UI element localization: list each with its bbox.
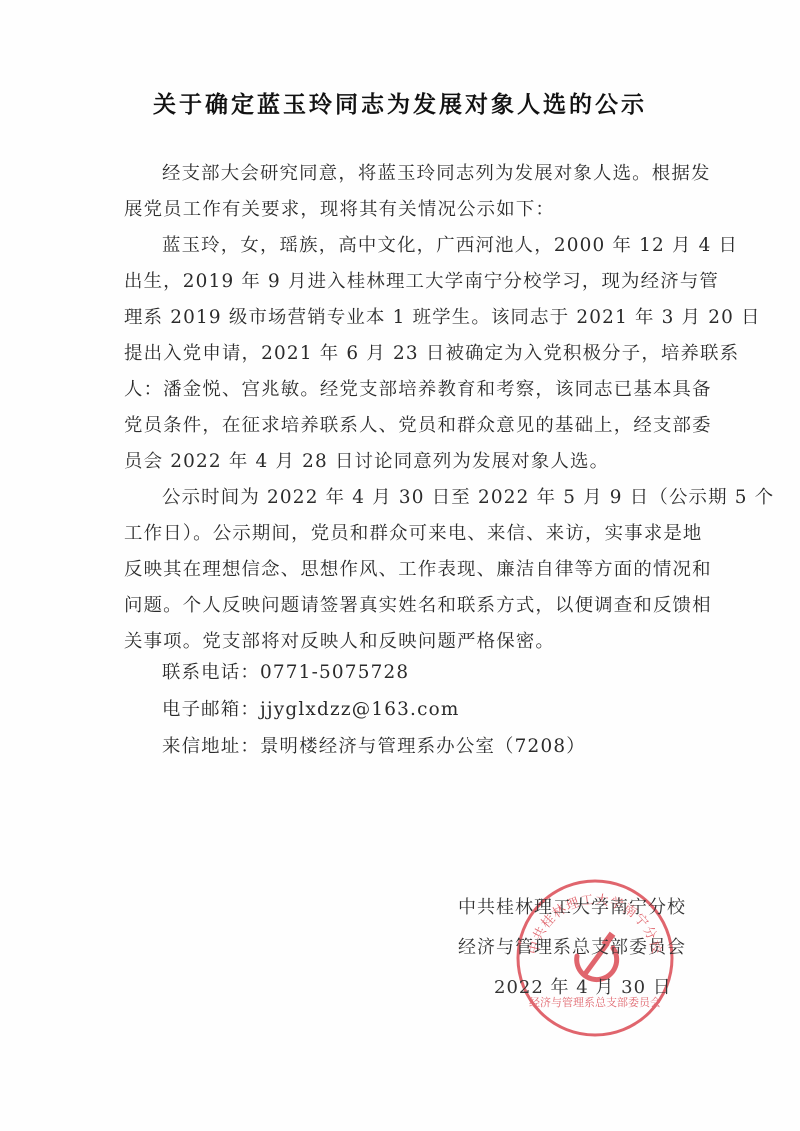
paragraph-3-line-2: 工作日）。公示期间，党员和群众可来电、来信、来访，实事求是地 bbox=[124, 516, 696, 552]
signature-date: 2022 年 4 月 30 日 bbox=[458, 968, 718, 1008]
phone-label: 联系电话： bbox=[162, 662, 260, 683]
document-page: 关于确定蓝玉玲同志为发展对象人选的公示 经支部大会研究同意，将蓝玉玲同志列为发展… bbox=[0, 0, 800, 1131]
paragraph-3-line-4: 问题。个人反映问题请签署真实姓名和联系方式，以便调查和反馈相 bbox=[124, 588, 696, 624]
contact-phone-row: 联系电话：0771-5075728 bbox=[162, 654, 586, 691]
signature-org-line-1: 中共桂林理工大学南宁分校 bbox=[458, 888, 718, 928]
paragraph-1-line-1: 经支部大会研究同意，将蓝玉玲同志列为发展对象人选。根据发 bbox=[124, 156, 696, 192]
email-address: jjyglxdzz@163.com bbox=[260, 699, 460, 720]
paragraph-2-line-5: 人：潘金悦、宫兆敏。经党支部培养教育和考察，该同志已基本具备 bbox=[124, 372, 696, 408]
paragraph-2-line-1: 蓝玉玲，女，瑶族，高中文化，广西河池人，2000 年 12 月 4 日 bbox=[124, 228, 696, 264]
paragraph-1-line-2: 展党员工作有关要求，现将其有关情况公示如下： bbox=[124, 192, 696, 228]
contact-address-row: 来信地址：景明楼经济与管理系办公室（7208） bbox=[162, 728, 586, 765]
paragraph-3-line-3: 反映其在理想信念、思想作风、工作表现、廉洁自律等方面的情况和 bbox=[124, 552, 696, 588]
signature-block: 中共桂林理工大学南宁分校 经济与管理系总支部委员会 2022 年 4 月 30 … bbox=[458, 888, 718, 1008]
signature-org-line-2: 经济与管理系总支部委员会 bbox=[458, 928, 718, 968]
phone-number: 0771-5075728 bbox=[260, 662, 409, 683]
paragraph-2-line-2: 出生，2019 年 9 月进入桂林理工大学南宁分校学习，现为经济与管 bbox=[124, 264, 696, 300]
email-label: 电子邮箱： bbox=[162, 699, 260, 720]
paragraph-3-line-1: 公示时间为 2022 年 4 月 30 日至 2022 年 5 月 9 日（公示… bbox=[124, 480, 696, 516]
contact-email-row: 电子邮箱：jjyglxdzz@163.com bbox=[162, 691, 586, 728]
document-title: 关于确定蓝玉玲同志为发展对象人选的公示 bbox=[0, 86, 800, 119]
paragraph-2-line-4: 提出入党申请，2021 年 6 月 23 日被确定为入党积极分子，培养联系 bbox=[124, 336, 696, 372]
paragraph-2-line-6: 党员条件，在征求培养联系人、党员和群众意见的基础上，经支部委 bbox=[124, 408, 696, 444]
paragraph-2-line-3: 理系 2019 级市场营销专业本 1 班学生。该同志于 2021 年 3 月 2… bbox=[124, 300, 696, 336]
mail-address: 景明楼经济与管理系办公室（7208） bbox=[260, 736, 586, 757]
paragraph-2-line-7: 员会 2022 年 4 月 28 日讨论同意列为发展对象人选。 bbox=[124, 444, 696, 480]
document-body: 经支部大会研究同意，将蓝玉玲同志列为发展对象人选。根据发 展党员工作有关要求，现… bbox=[124, 156, 696, 660]
contact-info: 联系电话：0771-5075728 电子邮箱：jjyglxdzz@163.com… bbox=[162, 654, 586, 765]
address-label: 来信地址： bbox=[162, 736, 260, 757]
